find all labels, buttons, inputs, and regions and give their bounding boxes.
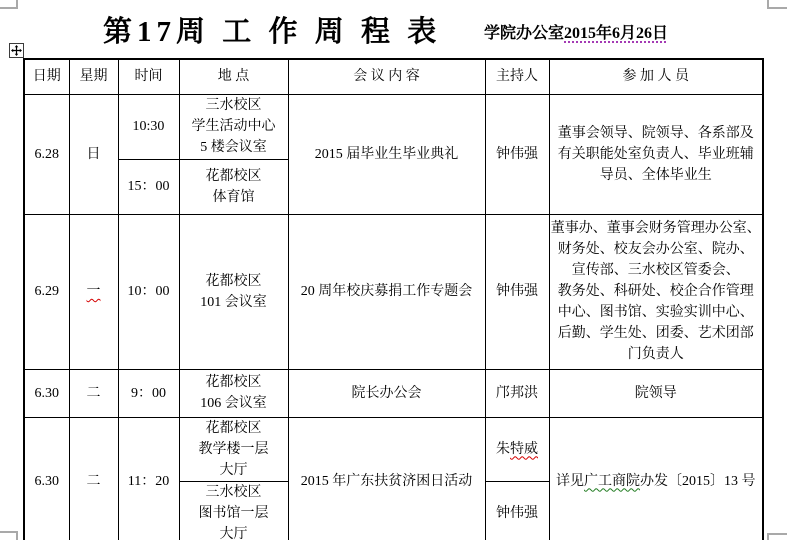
- document-title[interactable]: 第17周 工 作 周 程 表: [103, 9, 441, 50]
- cell-host-628[interactable]: 钟伟强: [485, 94, 549, 214]
- document-subtitle[interactable]: 学院办公室2015年6月26日: [484, 20, 668, 43]
- header-row: 日期 星期 时间 地 点 会 议 内 容 主持人 参 加 人 员: [24, 59, 763, 94]
- header-host[interactable]: 主持人: [485, 59, 549, 94]
- cell-weekday-628[interactable]: 日: [69, 94, 118, 214]
- cell-host-630a[interactable]: 邝邦洪: [485, 369, 549, 417]
- row-628-a: 6.28 日 10:30 三水校区 学生活动中心 5 楼会议室 2015 届毕业…: [24, 94, 763, 159]
- cell-weekday-630b[interactable]: 二: [69, 417, 118, 540]
- cell-host-629[interactable]: 钟伟强: [485, 214, 549, 369]
- cell-time-630b[interactable]: 11：20: [118, 417, 179, 540]
- cell-meeting-630b[interactable]: 2015 年广东扶贫济困日活动: [288, 417, 485, 540]
- row-630-b1: 6.30 二 11：20 花都校区 教学楼一层 大厅 2015 年广东扶贫济困日…: [24, 417, 763, 481]
- table-move-handle[interactable]: [9, 43, 24, 58]
- participants-630b-marked[interactable]: 广工商院: [584, 474, 640, 489]
- cell-meeting-629[interactable]: 20 周年校庆募捐工作专题会: [288, 214, 485, 369]
- host-630b-1-pre[interactable]: 朱: [496, 442, 510, 457]
- row-630-a: 6.30 二 9：00 花都校区 106 会议室 院长办公会 邝邦洪 院领导: [24, 369, 763, 417]
- header-participants[interactable]: 参 加 人 员: [549, 59, 763, 94]
- cell-meeting-630a[interactable]: 院长办公会: [288, 369, 485, 417]
- participants-630b-post[interactable]: 办发〔2015〕13 号: [640, 474, 756, 489]
- issuer-text[interactable]: 学院办公室: [484, 25, 564, 42]
- schedule-table: 日期 星期 时间 地 点 会 议 内 容 主持人 参 加 人 员 6.28 日 …: [23, 58, 764, 540]
- cell-weekday-629[interactable]: 一: [69, 214, 118, 369]
- header-time[interactable]: 时间: [118, 59, 179, 94]
- cell-location-630b-1[interactable]: 花都校区 教学楼一层 大厅: [179, 417, 288, 481]
- cell-participants-629[interactable]: 董事办、董事会财务管理办公室、 财务处、校友会办公室、院办、 宣传部、三水校区管…: [549, 214, 763, 369]
- cell-participants-630a[interactable]: 院领导: [549, 369, 763, 417]
- cell-location-630b-2[interactable]: 三水校区 图书馆一层 大厅: [179, 481, 288, 540]
- issue-date-text[interactable]: 2015年6月26日: [564, 25, 668, 42]
- cell-location-628-2[interactable]: 花都校区 体育馆: [179, 159, 288, 214]
- cell-location-628-1[interactable]: 三水校区 学生活动中心 5 楼会议室: [179, 94, 288, 159]
- page-corner-top-left: [0, 0, 18, 9]
- cell-time-630a[interactable]: 9：00: [118, 369, 179, 417]
- cell-time-629[interactable]: 10：00: [118, 214, 179, 369]
- cell-weekday-630a[interactable]: 二: [69, 369, 118, 417]
- cell-participants-628[interactable]: 董事会领导、院领导、各系部及 有关职能处室负责人、毕业班辅 导员、全体毕业生: [549, 94, 763, 214]
- page-corner-top-right: [767, 0, 787, 9]
- header-date[interactable]: 日期: [24, 59, 69, 94]
- move-arrows-icon: [11, 45, 22, 56]
- participants-630b-pre[interactable]: 详见: [556, 474, 584, 489]
- cell-time-628-2[interactable]: 15：00: [118, 159, 179, 214]
- cell-date-630b[interactable]: 6.30: [24, 417, 69, 540]
- cell-host-630b-2[interactable]: 钟伟强: [485, 481, 549, 540]
- row-629: 6.29 一 10：00 花都校区 101 会议室 20 周年校庆募捐工作专题会…: [24, 214, 763, 369]
- header-weekday[interactable]: 星期: [69, 59, 118, 94]
- cell-date-628[interactable]: 6.28: [24, 94, 69, 214]
- cell-participants-630b[interactable]: 详见广工商院办发〔2015〕13 号: [549, 417, 763, 540]
- cell-date-630a[interactable]: 6.30: [24, 369, 69, 417]
- header-meeting[interactable]: 会 议 内 容: [288, 59, 485, 94]
- cell-meeting-628[interactable]: 2015 届毕业生毕业典礼: [288, 94, 485, 214]
- page-corner-bottom-left: [0, 531, 18, 540]
- header-location[interactable]: 地 点: [179, 59, 288, 94]
- cell-time-628-1[interactable]: 10:30: [118, 94, 179, 159]
- cell-location-629[interactable]: 花都校区 101 会议室: [179, 214, 288, 369]
- weekday-629-text[interactable]: 一: [87, 284, 101, 299]
- cell-date-629[interactable]: 6.29: [24, 214, 69, 369]
- host-630b-1-marked[interactable]: 特威: [510, 442, 538, 457]
- cell-location-630a[interactable]: 花都校区 106 会议室: [179, 369, 288, 417]
- cell-host-630b-1[interactable]: 朱特威: [485, 417, 549, 481]
- page-corner-bottom-right: [767, 533, 787, 540]
